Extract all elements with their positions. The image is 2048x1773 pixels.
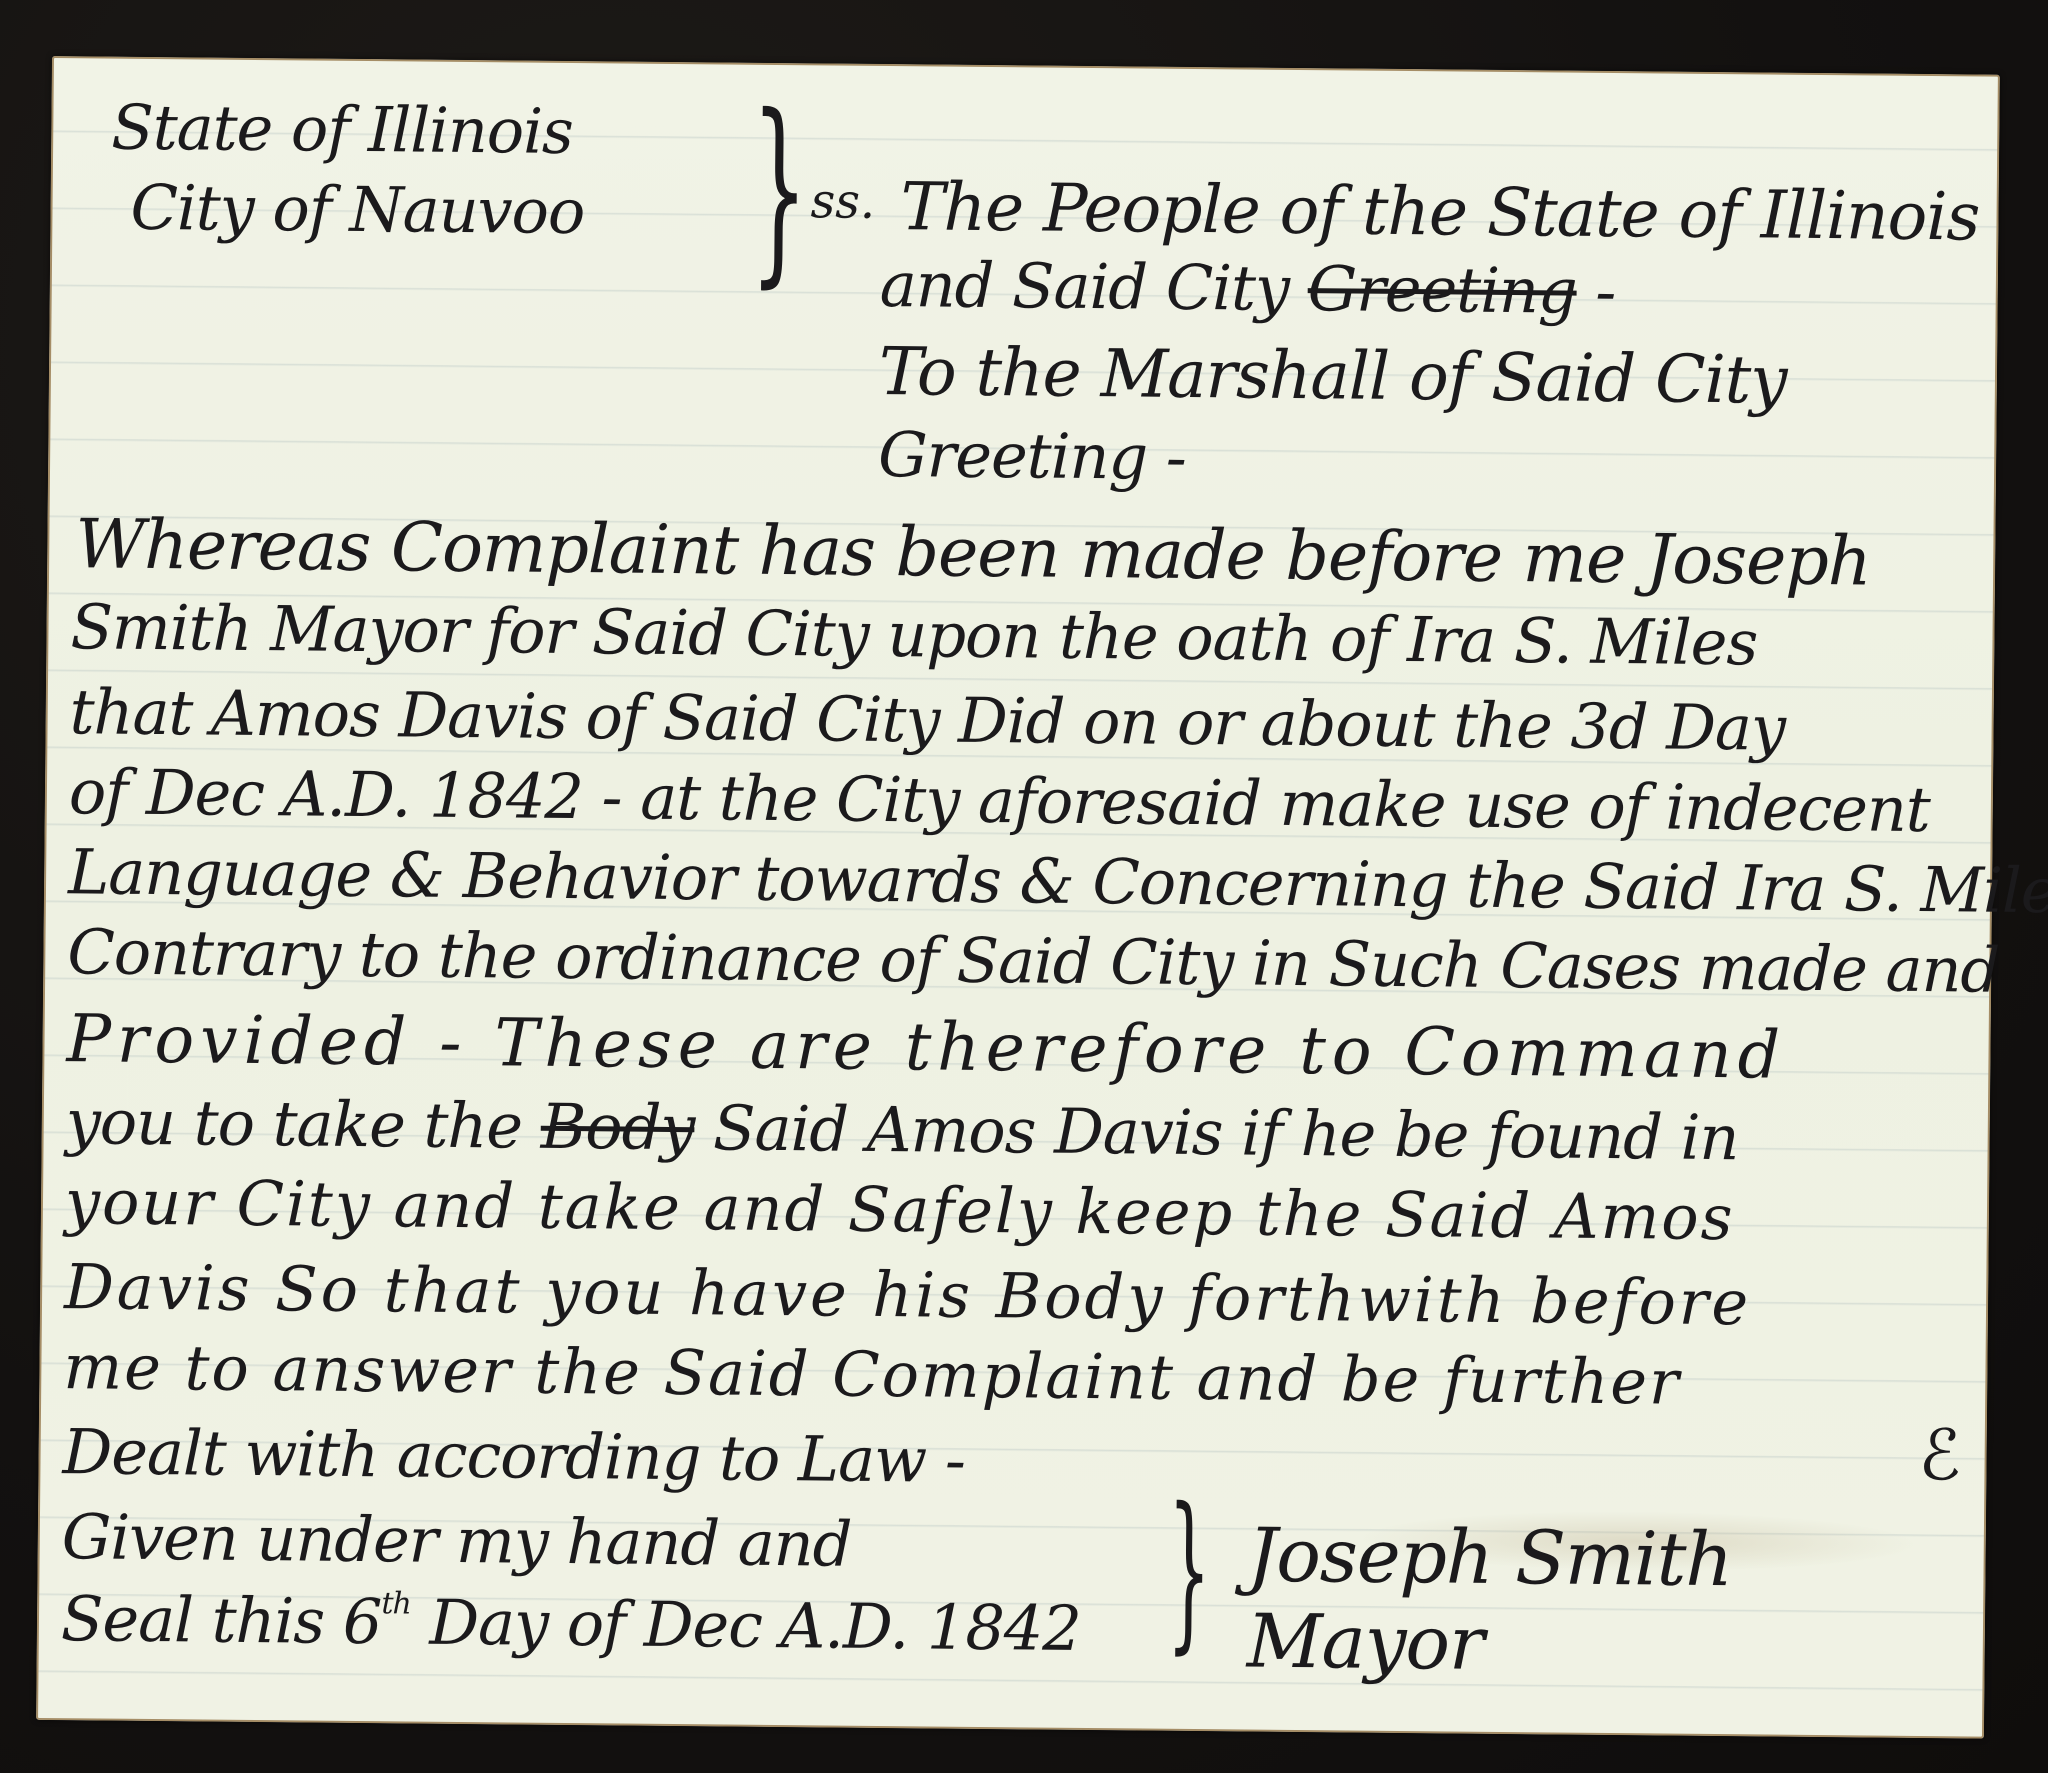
address-marshall: To the Marshall of Said City: [879, 339, 1787, 414]
body-said-amos: Said Amos Davis if he be found in: [713, 1091, 1739, 1174]
venue-ss: ss.: [810, 173, 875, 230]
body-take-the: you to take the: [65, 1085, 522, 1162]
address-city-line: and Said City Greeting -: [880, 254, 1616, 323]
body-line-3: that Amos Davis of Said City Did on or a…: [69, 681, 1785, 759]
venue-brace-icon: }: [750, 73, 809, 307]
address-said-city: and Said City: [879, 248, 1289, 325]
body-line-12: Dealt with according to Law -: [62, 1421, 965, 1492]
body-line-4: of Dec A.D. 1842 - at the City aforesaid…: [69, 761, 1930, 841]
body-line-11: me to answer the Said Complaint and be f…: [63, 1336, 1681, 1414]
body-line-10: Davis So that you have his Body forthwit…: [64, 1256, 1752, 1334]
body-line-2: Smith Mayor for Said City upon the oath …: [70, 596, 1757, 674]
closing-ordinal: th: [381, 1586, 411, 1621]
document-paper: State of Illinois City of Nauvoo } ss. T…: [36, 56, 2000, 1739]
address-struck-word: Greeting: [1307, 252, 1577, 328]
body-line-6: Contrary to the ordinance of Said City i…: [67, 921, 1999, 1002]
address-dash: -: [1576, 255, 1615, 328]
closing-seal-date: Seal this 6th Day of Dec A.D. 1842: [61, 1586, 1081, 1660]
venue-city: City of Nauvoo: [130, 177, 584, 243]
body-line-1: Whereas Complaint has been made before m…: [75, 511, 1871, 596]
mayor-signature: Joseph Smith Mayor: [1246, 1513, 1986, 1692]
body-struck-body: Body: [540, 1090, 694, 1164]
body-line-5: Language & Behavior towards & Concerning…: [68, 841, 2048, 922]
closing-given: Given under my hand and: [61, 1506, 851, 1576]
body-line-8: you to take the Body Said Amos Davis if …: [65, 1091, 1738, 1169]
closing-seal-this: Seal this 6: [61, 1582, 382, 1658]
body-line-7: Provided - These are therefore to Comman…: [66, 1006, 1786, 1089]
venue-state: State of Illinois: [111, 97, 573, 163]
seal-flourish-icon: ℰ: [1918, 1414, 1961, 1496]
address-people: The People of the State of Illinois: [900, 174, 1979, 250]
address-greeting: Greeting -: [878, 424, 1186, 489]
signature-brace-icon: }: [1167, 1472, 1212, 1670]
closing-day: Day of Dec A.D. 1842: [410, 1586, 1081, 1665]
body-line-9: your City and take and Safely keep the S…: [65, 1171, 1735, 1249]
